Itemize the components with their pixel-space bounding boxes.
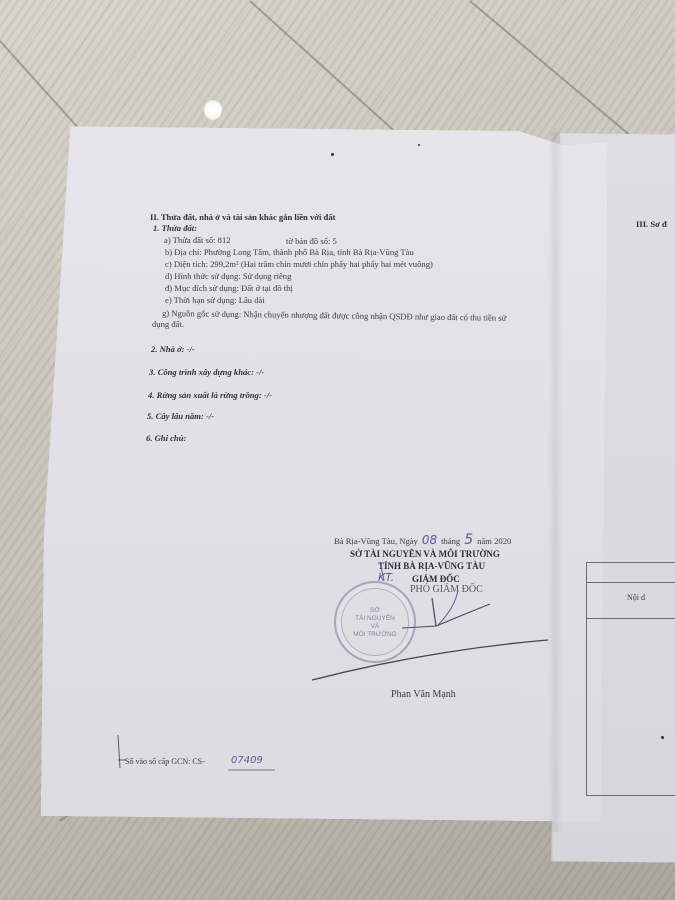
right-page-heading: III. Sơ đ xyxy=(636,219,667,229)
table-divider xyxy=(587,582,675,583)
signature-strokes xyxy=(0,0,675,900)
table-divider xyxy=(587,618,675,619)
signer-name: Phan Văn Mạnh xyxy=(391,690,456,700)
table-label: Nội d xyxy=(627,593,645,603)
right-page-table: Nội d xyxy=(586,562,675,796)
registry-label: Số vào sổ cấp GCN: CS- xyxy=(125,757,205,767)
registry-number: 07409 xyxy=(231,755,263,766)
speck xyxy=(661,736,664,739)
